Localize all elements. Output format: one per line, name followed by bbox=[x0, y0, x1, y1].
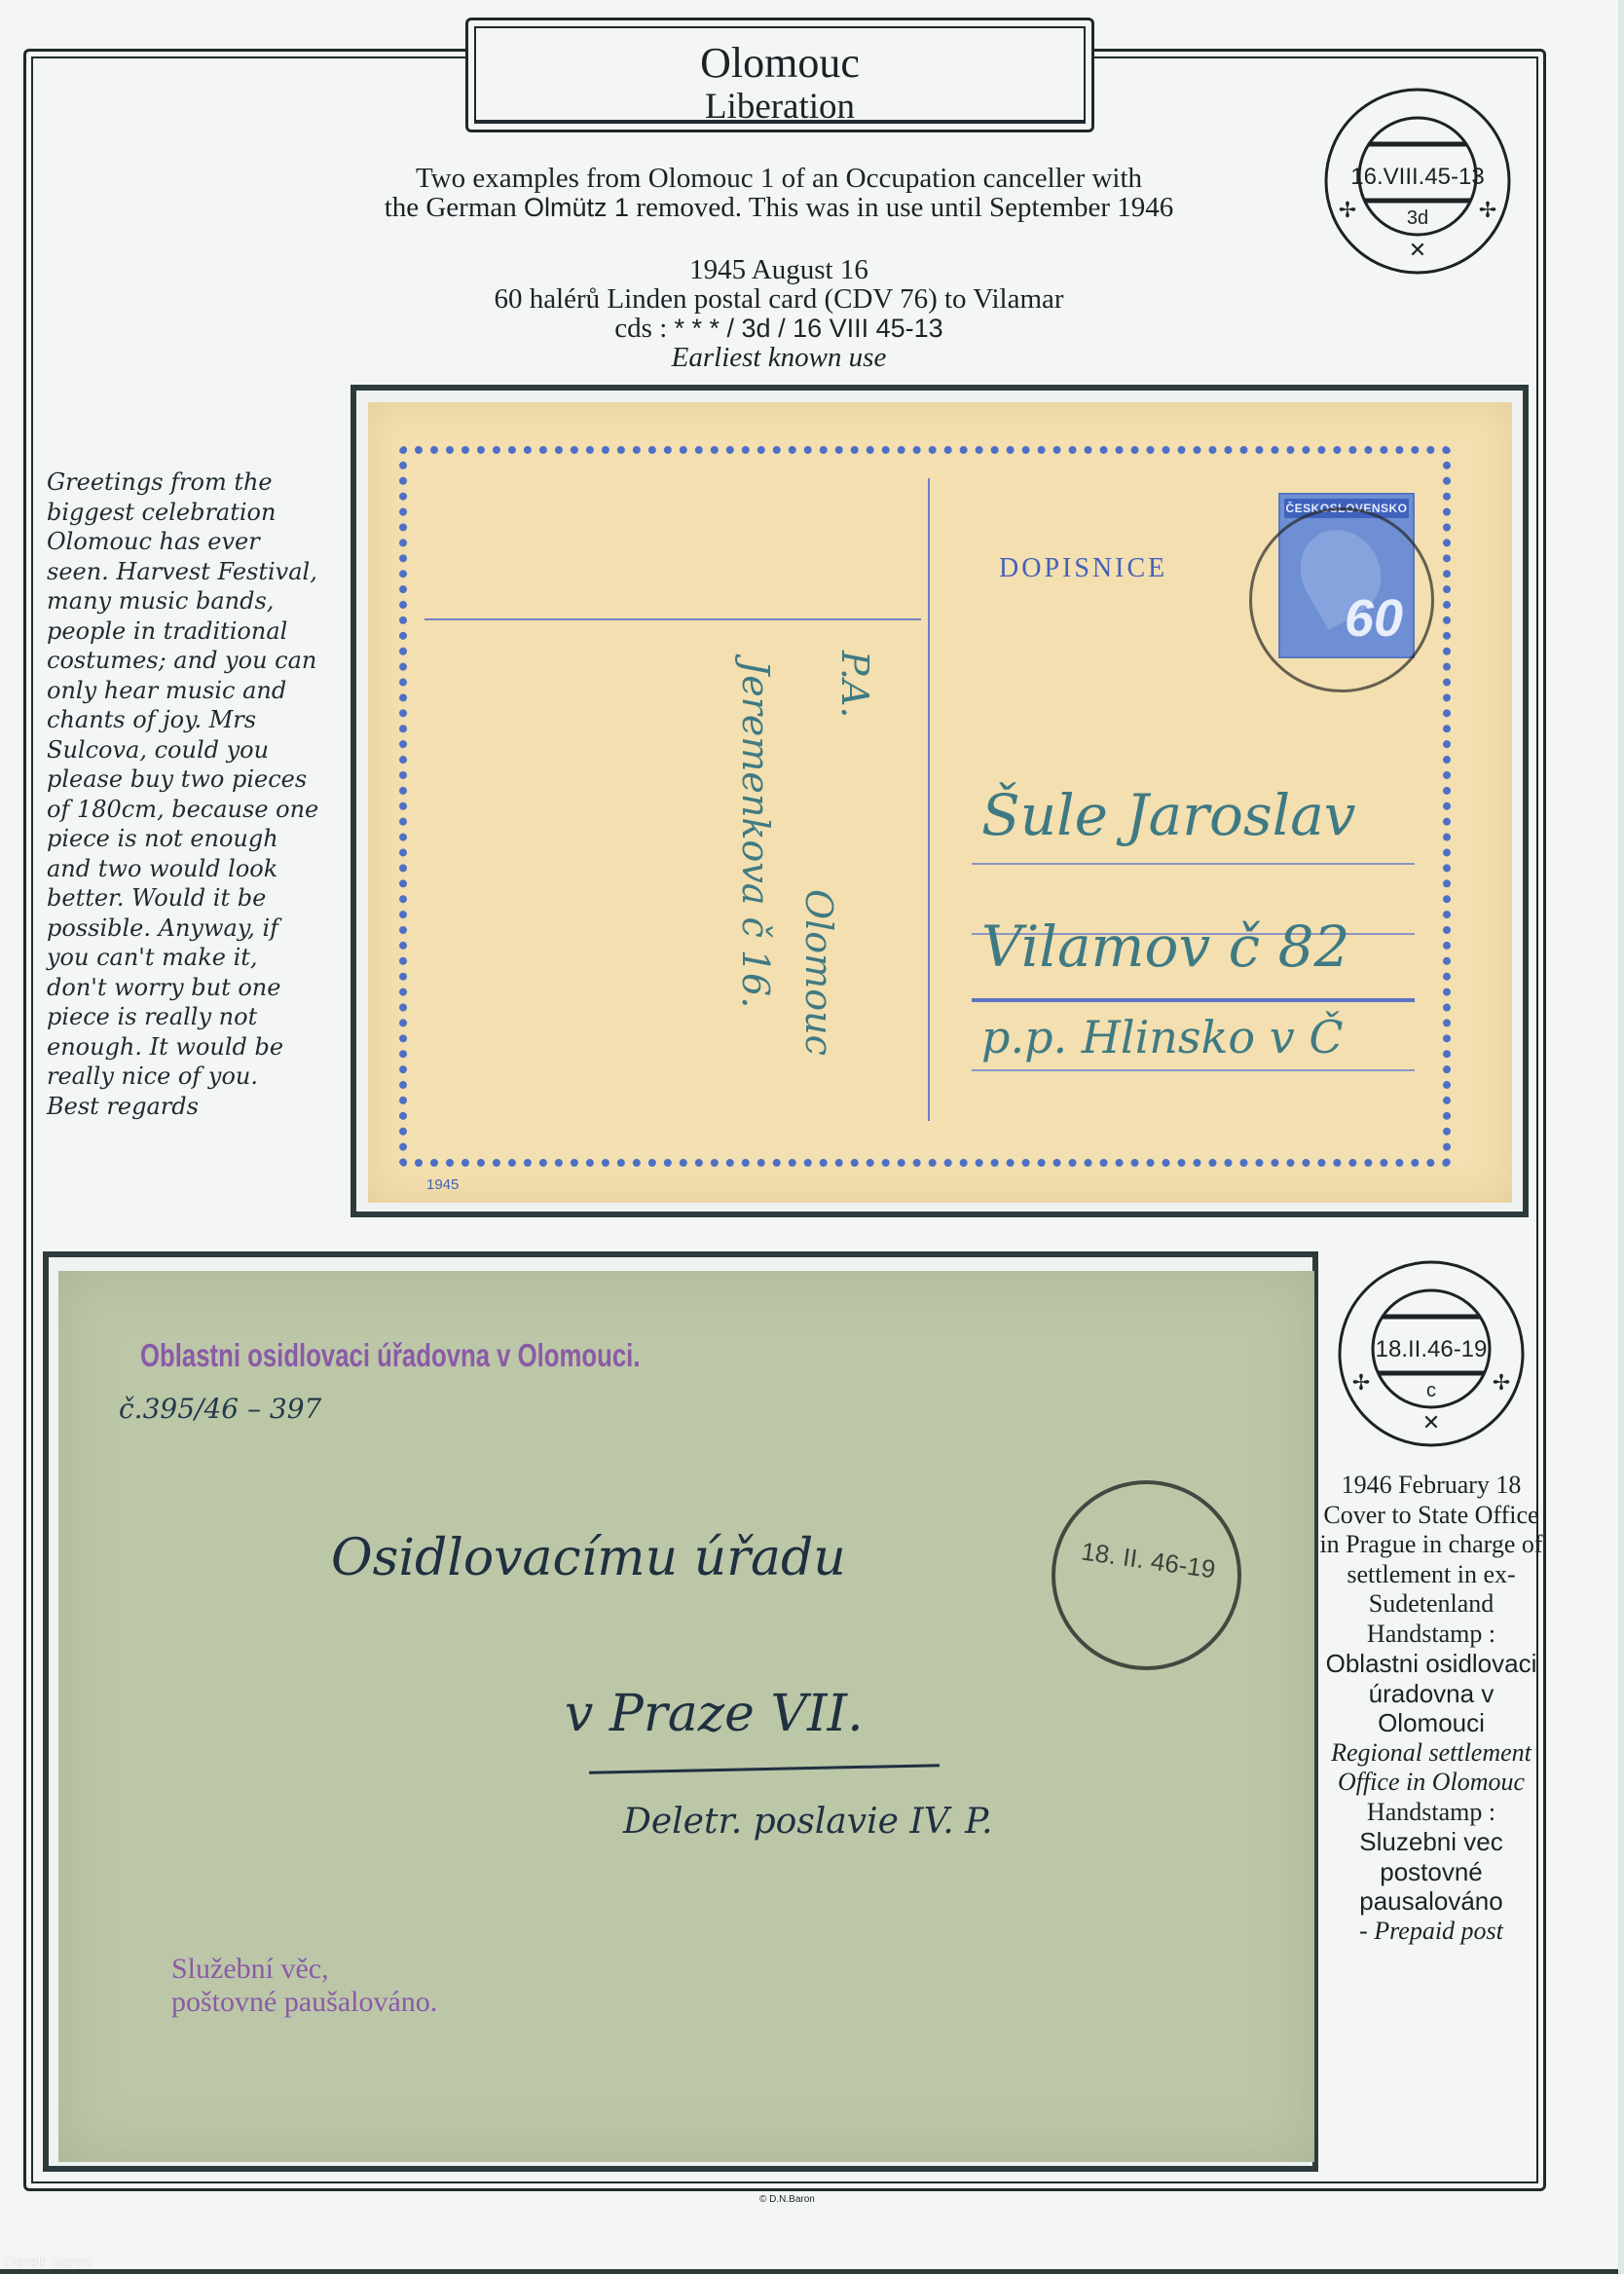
intro-highlight: Olmütz 1 bbox=[524, 193, 629, 222]
svg-text:✢: ✢ bbox=[1352, 1371, 1370, 1396]
address-line bbox=[972, 998, 1415, 1002]
svg-text:✕: ✕ bbox=[1422, 1411, 1440, 1435]
address-town: Vilamov č 82 bbox=[981, 913, 1349, 980]
watermark: Derek Baron bbox=[4, 2255, 92, 2272]
cds-value: * * * / 3d / 16 VIII 45-13 bbox=[675, 314, 943, 343]
postmark-icon bbox=[1249, 507, 1434, 692]
page-title: Olomouc bbox=[468, 42, 1091, 85]
franking-handstamp: Služební věc, poštovné paušalováno. bbox=[171, 1953, 437, 2019]
greeting-translation: Greetings from the biggest celebration O… bbox=[47, 467, 349, 1121]
cover-description-part: Regional settlement Office in Olomouc bbox=[1319, 1738, 1543, 1798]
title-box: Olomouc Liberation bbox=[465, 18, 1094, 132]
reference-number: č.395/46 – 397 bbox=[119, 1393, 321, 1425]
intro-line1: Two examples from Olomouc 1 of an Occupa… bbox=[243, 164, 1314, 193]
address-line3: Deletr. poslavie IV. P. bbox=[623, 1802, 993, 1842]
card-divider bbox=[928, 478, 930, 1121]
sender-line2: Olomouc bbox=[797, 889, 840, 1056]
cover-description-part: Oblastni osidlovaci úradovna v Olomouci bbox=[1319, 1649, 1543, 1738]
svg-text:✕: ✕ bbox=[1409, 239, 1426, 263]
scan-edge-right bbox=[1618, 0, 1624, 2274]
postal-card: DOPISNICE ČESKOSLOVENSKO 60 Šule Jarosla… bbox=[368, 402, 1512, 1203]
intro-text: Two examples from Olomouc 1 of an Occupa… bbox=[243, 164, 1314, 222]
cds-diagram-card: 16.VIII.45-13 3d ✢ ✢ ✕ bbox=[1320, 84, 1515, 279]
cds-prefix: cds : bbox=[614, 313, 674, 344]
address-line bbox=[972, 863, 1415, 865]
message-line bbox=[424, 618, 921, 620]
sender-line1: P.A. bbox=[833, 651, 876, 718]
card-date: 1945 August 16 bbox=[292, 255, 1266, 284]
svg-text:3d: 3d bbox=[1407, 207, 1428, 229]
cover-description-part: 1946 February 18 bbox=[1319, 1471, 1543, 1501]
office-handstamp: Oblastni osidlovaci úřadovna v Olomouci. bbox=[140, 1337, 640, 1374]
page-subtitle: Liberation bbox=[468, 89, 1091, 125]
intro-line2-post: removed. This was in use until September… bbox=[629, 192, 1173, 223]
address-post: p.p. Hlinsko v Č bbox=[981, 1011, 1344, 1063]
address-line2: v Praze VII. bbox=[565, 1685, 864, 1743]
cover-description-part: Handstamp : bbox=[1319, 1798, 1543, 1828]
svg-text:c: c bbox=[1426, 1380, 1436, 1401]
sender-line3: Jeremenkova č 16. bbox=[734, 660, 777, 1008]
svg-text:✢: ✢ bbox=[1493, 1371, 1510, 1396]
intro-line2-pre: the German bbox=[385, 192, 524, 223]
cover-description-part: - Prepaid post bbox=[1319, 1917, 1543, 1947]
cover-description-part: Handstamp : bbox=[1319, 1620, 1543, 1650]
card-heading: DOPISNICE bbox=[999, 553, 1167, 584]
copyright: © D.N.Baron bbox=[759, 2194, 815, 2205]
address-underline bbox=[589, 1764, 940, 1774]
address-line1: Osidlovacímu úřadu bbox=[331, 1529, 846, 1587]
svg-text:18.II.46-19: 18.II.46-19 bbox=[1376, 1336, 1488, 1362]
svg-text:✢: ✢ bbox=[1339, 199, 1356, 223]
cover-description-part: Sluzebni vec postovné pausalováno bbox=[1319, 1827, 1543, 1917]
card-note: Earliest known use bbox=[292, 343, 1266, 372]
cover-description: 1946 February 18Cover to State Office in… bbox=[1319, 1471, 1543, 1946]
intro-line2: the German Olmütz 1 removed. This was in… bbox=[243, 193, 1314, 222]
address-line bbox=[972, 1069, 1415, 1071]
envelope-cover: Oblastni osidlovaci úřadovna v Olomouci.… bbox=[58, 1271, 1314, 2162]
scan-edge-bottom bbox=[0, 2269, 1624, 2274]
cds-diagram-cover: 18.II.46-19 c ✢ ✢ ✕ bbox=[1334, 1256, 1529, 1451]
card-year-imprint: 1945 bbox=[426, 1176, 459, 1193]
card-description: 1945 August 16 60 halérů Linden postal c… bbox=[292, 255, 1266, 372]
svg-text:16.VIII.45-13: 16.VIII.45-13 bbox=[1350, 164, 1484, 190]
card-cds-label: cds : * * * / 3d / 16 VIII 45-13 bbox=[292, 314, 1266, 343]
cancellation-diagram-icon: 18.II.46-19 c ✢ ✢ ✕ bbox=[1334, 1256, 1529, 1451]
cover-description-part: Cover to State Office in Prague in charg… bbox=[1319, 1501, 1543, 1620]
svg-text:✢: ✢ bbox=[1479, 199, 1496, 223]
cancellation-diagram-icon: 16.VIII.45-13 3d ✢ ✢ ✕ bbox=[1320, 84, 1515, 279]
card-desc-text: 60 halérů Linden postal card (CDV 76) to… bbox=[292, 284, 1266, 314]
address-name: Šule Jaroslav bbox=[981, 782, 1356, 848]
